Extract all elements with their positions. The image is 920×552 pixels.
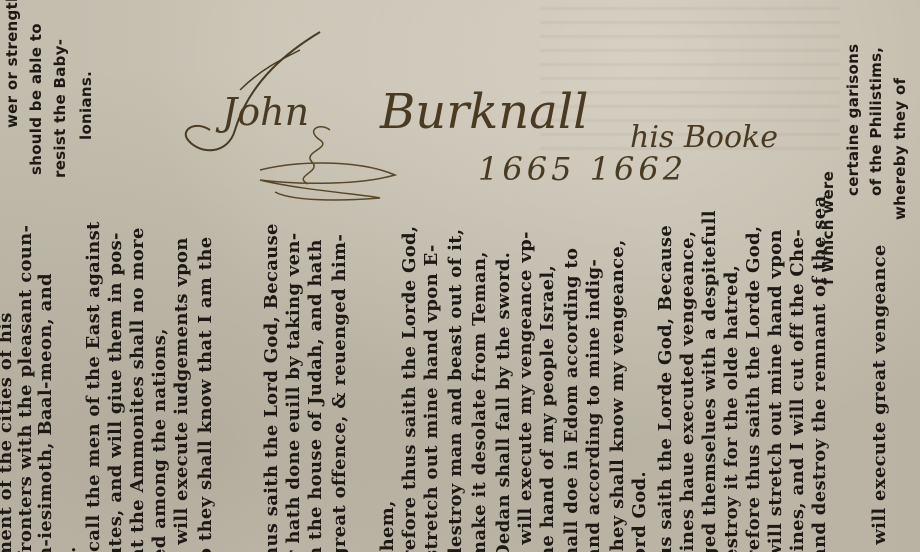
text-line: fronters with the pleasant coun- xyxy=(16,225,36,552)
marginal-note-line: f Which were xyxy=(818,171,838,285)
marginal-note-line: of the Philistims, xyxy=(866,47,886,196)
text-line: h-iesimoth, Baal-meon, and xyxy=(36,273,56,552)
inscription-first-name: John xyxy=(222,90,309,134)
text-line: they shall know my vengeance, xyxy=(608,239,628,552)
text-line: ed among the nations, xyxy=(150,328,170,552)
text-line: destroy man and beast out of it, xyxy=(446,229,466,552)
text-line: ment of the cities of his xyxy=(0,312,16,552)
inscription-last-name: Burknall xyxy=(380,84,588,140)
marginal-note-line: lonians. xyxy=(76,71,96,140)
marginal-note-line: wer or strength xyxy=(2,0,22,128)
document-photo: wer or strength should be able to resist… xyxy=(0,0,920,552)
text-line: make it desolate from Teman, xyxy=(470,251,490,552)
text-line: utes, and will giue them in pos- xyxy=(106,232,126,552)
text-line: them, xyxy=(378,500,398,552)
text-line: tines, and I will cut off the Che- xyxy=(788,229,808,552)
text-line: r hath done euill by taking ven- xyxy=(284,233,304,552)
text-line: Dedan shall fall by the sword. xyxy=(494,252,514,552)
text-line: n the house of Judah, and hath xyxy=(306,239,326,552)
text-line: estroy it for the olde hatred, xyxy=(722,265,742,552)
text-line: tines haue executed vengeance, xyxy=(678,231,698,552)
text-line: ged themselues with a despitefull xyxy=(700,210,720,552)
text-line: he hand of my people Israel, xyxy=(538,265,558,552)
text-line: refore thus saith the Lorde God, xyxy=(744,226,764,552)
text-line: great offence, & reuenged him- xyxy=(330,234,350,552)
text-line: I will execute my vengeance vp- xyxy=(516,231,536,552)
text-line: hus saith the Lord God, Because xyxy=(262,223,282,552)
inscription-dates: 1665 1662 xyxy=(478,150,687,188)
marginal-note-line: certaine garisons xyxy=(843,44,863,196)
text-line: refore thus saith the Lorde God, xyxy=(400,226,420,552)
marginal-note-line: should be able to xyxy=(26,23,46,175)
text-line: ord God. xyxy=(630,471,650,552)
marginal-note-line: whereby they of xyxy=(890,78,910,220)
text-line: and according to mine indig- xyxy=(584,259,604,552)
text-line: us saith the Lorde God, Because xyxy=(656,225,676,552)
marginal-note-line: resist the Baby- xyxy=(50,39,70,178)
text-line: l. xyxy=(60,546,80,552)
text-line: o they shall know that I am the xyxy=(196,237,216,552)
text-line: I will execute great vengeance xyxy=(870,244,890,552)
text-line: will stretch out mine hand vpon xyxy=(766,229,786,552)
text-line: hall doe in Edom according to xyxy=(562,248,582,552)
text-line: at the Ammonites shall no more xyxy=(128,227,148,552)
text-line: call the men of the East against xyxy=(84,221,104,552)
text-line: stretch out mine hand vpon E- xyxy=(422,244,442,552)
text-line: I will execute iudgements vpon xyxy=(172,237,192,552)
